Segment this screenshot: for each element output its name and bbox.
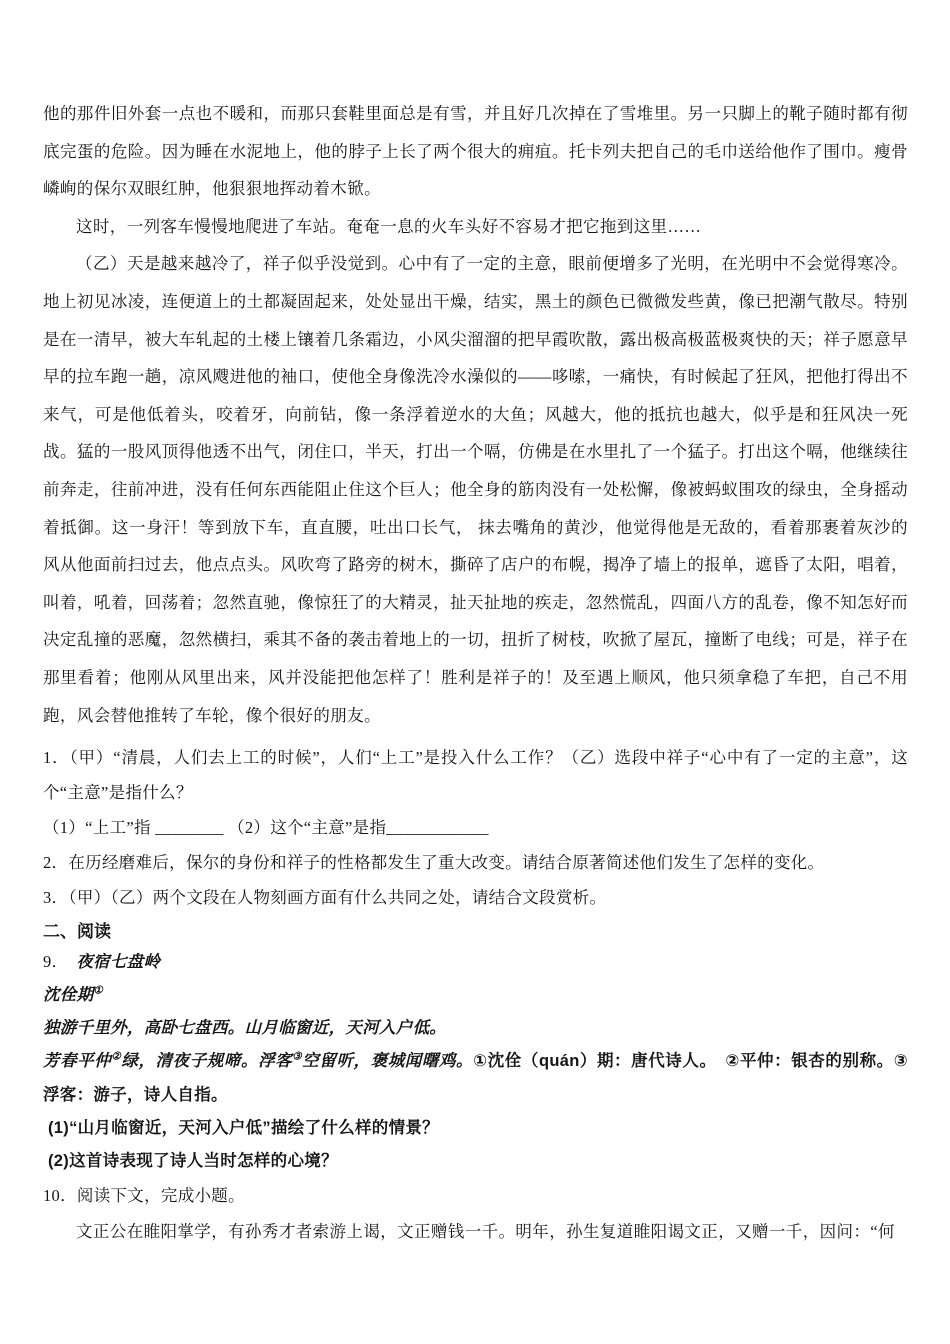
poem-line-2-and-notes: 芳春平仲②绿，清夜子规啼。浮客③空留听，褒城闻曙鸡。①沈佺（quán）期：唐代诗… [43,1044,908,1112]
poem-question-number: 9． [43,952,68,971]
exam-paper-page: 他的那件旧外套一点也不暖和，而那只套鞋里面总是有雪，并且好几次掉在了雪堆里。另一… [0,0,950,1344]
question-1-blanks: （1）“上工”指 ________ （2）这个“主意”是指___________… [43,810,908,845]
question-1-text: 1．（甲）“清晨，人们去上工的时候”，人们“上工”是投入什么工作？（乙）选段中祥… [43,740,908,810]
question-2-text: 2．在历经磨难后，保尔的身份和祥子的性格都发生了重大改变。请结合原著简述他们发生… [43,845,908,880]
poem-line-2-segment: 空留听，褒城闻曙鸡。 [302,1051,473,1070]
excerpt-jia-paragraph-1: 他的那件旧外套一点也不暖和，而那只套鞋里面总是有雪，并且好几次掉在了雪堆里。另一… [43,95,908,208]
poem-sub-question-1: (1)“山月临窗近，天河入户低”描绘了什么样的情景？ [43,1112,908,1145]
poem-title: 夜宿七盘岭 [76,952,160,971]
question-10-passage: 文正公在睢阳掌学，有孙秀才者索游上谒，文正赠钱一千。明年，孙生复道睢阳谒文正，又… [43,1213,908,1251]
poem-author: 沈佺期 [43,985,93,1004]
section-2-heading: 二、阅读 [43,919,908,945]
poem-line-2-segment: 芳春平仲 [43,1051,111,1070]
note-ref-3: ③ [292,1052,302,1063]
excerpt-jia-paragraph-2: 这时，一列客车慢慢地爬进了车站。奄奄一息的火车头好不容易才把它拖到这里…… [43,208,908,246]
page-content: 他的那件旧外套一点也不暖和，而那只套鞋里面总是有雪，并且好几次掉在了雪堆里。另一… [0,0,950,1251]
author-note-ref: ① [93,986,103,997]
excerpt-yi-paragraph: （乙）天是越来越冷了，祥子似乎没觉到。心中有了一定的主意，眼前便增多了光明，在光… [43,245,908,734]
question-10-stem: 10．阅读下文，完成小题。 [43,1178,908,1213]
note-ref-2: ② [111,1052,121,1063]
poem-sub-question-2: (2)这首诗表现了诗人当时怎样的心境？ [43,1145,908,1178]
question-3-text: 3．（甲）（乙）两个文段在人物刻画方面有什么共同之处，请结合文段赏析。 [43,880,908,915]
poem-line-2-segment: 绿，清夜子规啼。浮客 [121,1051,292,1070]
poem-author-line: 沈佺期① [43,978,908,1011]
poem-title-line: 9．夜宿七盘岭 [43,945,908,978]
poem-line-1: 独游千里外，高卧七盘西。山月临窗近，天河入户低。 [43,1011,908,1044]
